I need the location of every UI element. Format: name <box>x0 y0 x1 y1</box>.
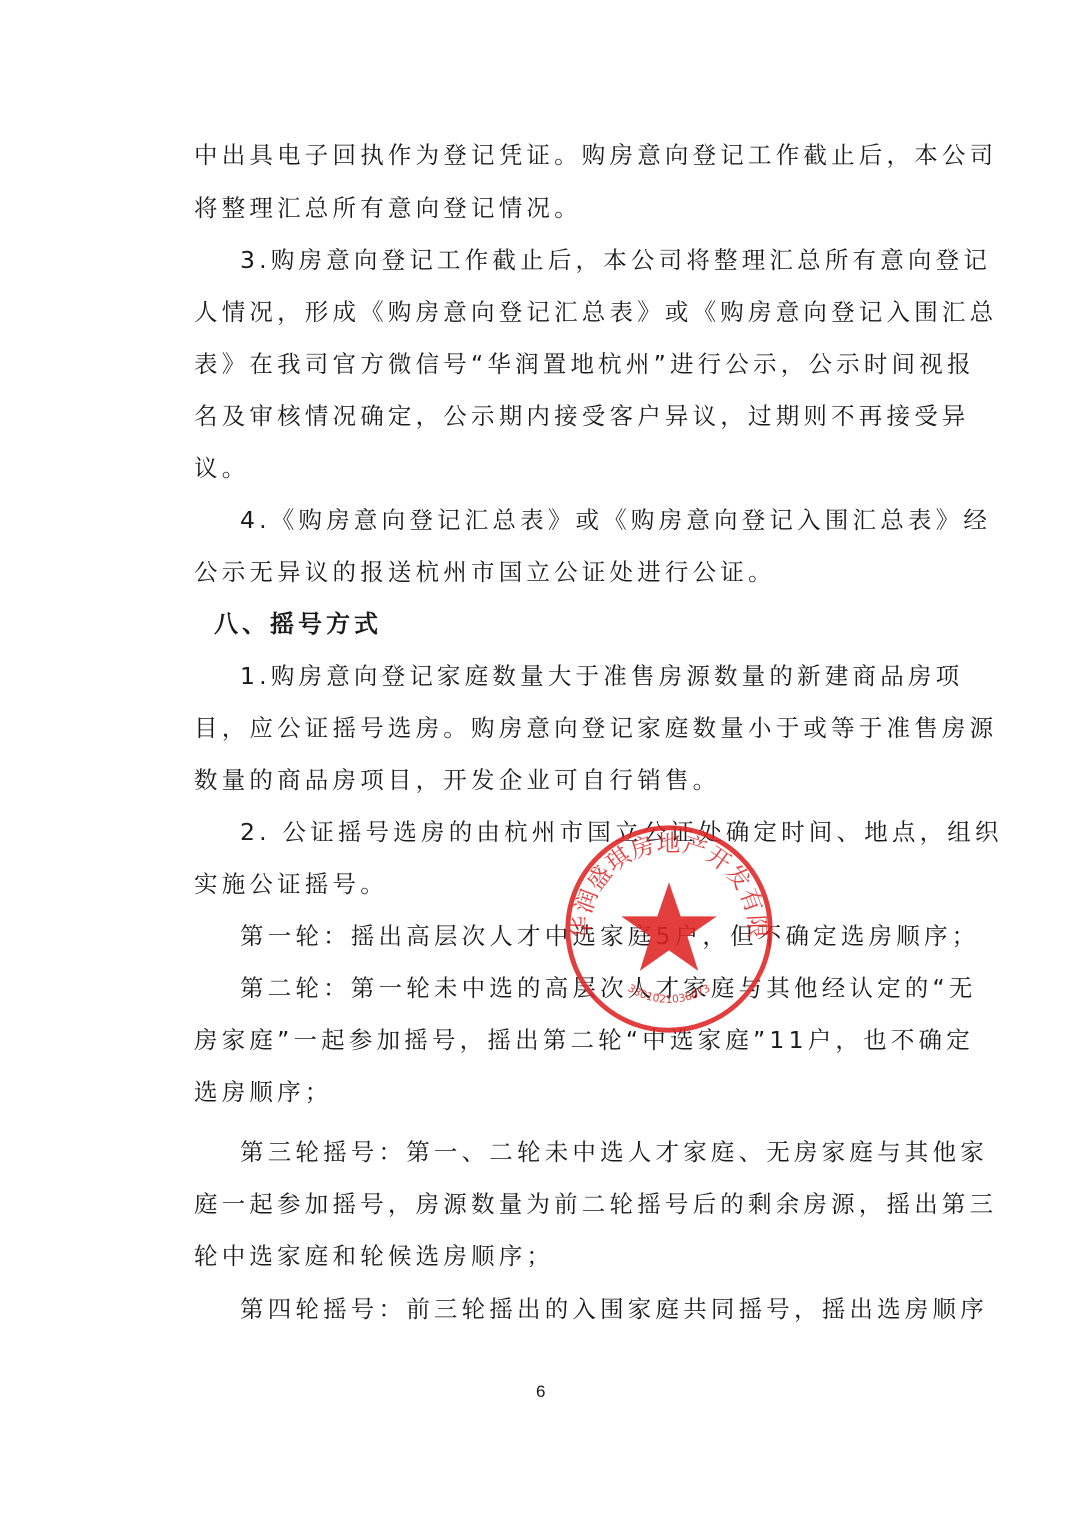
page-number: 6 <box>536 1382 545 1402</box>
text-line: 3.购房意向登记工作截止后，本公司将整理汇总所有意向登记 <box>240 245 946 275</box>
text-line: 4.《购房意向登记汇总表》或《购房意向登记入围汇总表》经 <box>240 505 946 535</box>
text-line: 中出具电子回执作为登记凭证。购房意向登记工作截止后，本公司 <box>194 140 900 170</box>
text-line: 将整理汇总所有意向登记情况。 <box>194 193 900 223</box>
text-line: 第三轮摇号：第一、二轮未中选人才家庭、无房家庭与其他家 <box>240 1137 946 1167</box>
text-line: 名及审核情况确定，公示期内接受客户异议，过期则不再接受异 <box>194 401 900 431</box>
section-heading: 八、摇号方式 <box>214 609 382 639</box>
text-line: 第四轮摇号：前三轮摇出的入围家庭共同摇号，摇出选房顺序 <box>240 1294 946 1324</box>
document-page: 中出具电子回执作为登记凭证。购房意向登记工作截止后，本公司将整理汇总所有意向登记… <box>0 0 1080 1528</box>
text-line: 选房顺序； <box>194 1077 900 1107</box>
text-line: 表》在我司官方微信号“华润置地杭州”进行公示，公示时间视报 <box>194 349 900 379</box>
text-line: 人情况，形成《购房意向登记汇总表》或《购房意向登记入围汇总 <box>194 297 900 327</box>
text-line: 数量的商品房项目，开发企业可自行销售。 <box>194 765 900 795</box>
text-line: 2. 公证摇号选房的由杭州市国立公证处确定时间、地点，组织 <box>240 817 946 847</box>
text-line: 目，应公证摇号选房。购房意向登记家庭数量小于或等于准售房源 <box>194 713 900 743</box>
text-line: 1.购房意向登记家庭数量大于准售房源数量的新建商品房项 <box>240 661 946 691</box>
text-line: 公示无异议的报送杭州市国立公证处进行公证。 <box>194 557 900 587</box>
text-line: 第二轮：第一轮未中选的高层次人才家庭与其他经认定的“无 <box>240 973 946 1003</box>
text-line: 轮中选家庭和轮候选房顺序； <box>194 1241 900 1271</box>
text-line: 实施公证摇号。 <box>194 869 900 899</box>
text-line: 议。 <box>194 453 900 483</box>
text-line: 庭一起参加摇号，房源数量为前二轮摇号后的剩余房源，摇出第三 <box>194 1189 900 1219</box>
text-line: 第一轮：摇出高层次人才中选家庭5户，但不确定选房顺序； <box>240 921 946 951</box>
text-line: 房家庭”一起参加摇号，摇出第二轮“中选家庭”11户，也不确定 <box>194 1025 900 1055</box>
